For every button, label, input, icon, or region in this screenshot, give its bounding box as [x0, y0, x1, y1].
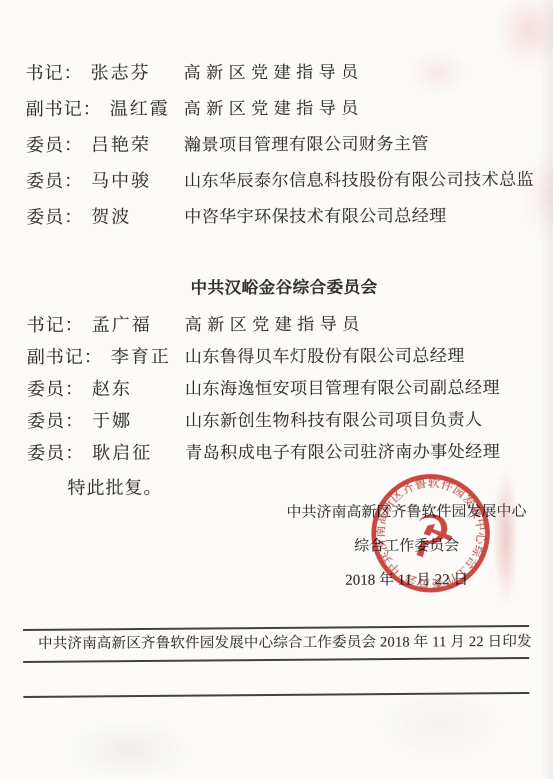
- imprint-line: 中共济南高新区齐鲁软件园发展中心综合工作委员会 2018 年 11 月 22 日…: [38, 632, 538, 654]
- member-name: 张志芬: [91, 63, 151, 83]
- role-label: 副书记：: [27, 347, 103, 367]
- member-name: 贺波: [91, 207, 131, 227]
- member-name: 赵东: [92, 379, 132, 399]
- member-name: 温红霞: [110, 98, 170, 118]
- member-name: 耿启征: [92, 443, 152, 463]
- closing-phrase: 特此批复。: [67, 477, 162, 498]
- member-post: 瀚景项目管理有限公司财务主管: [184, 133, 429, 155]
- role-label: 委员：: [26, 171, 83, 191]
- role-label: 委员：: [26, 207, 83, 227]
- role-label: 委员：: [27, 443, 84, 463]
- member-name: 于娜: [92, 411, 132, 431]
- member-name: 李育正: [111, 346, 171, 366]
- footer-rule-bottom: [23, 692, 529, 698]
- committee-row: 书记：孟广福 高新区党建指导员: [27, 313, 553, 336]
- role-label: 委员：: [27, 379, 84, 399]
- member-name: 马中骏: [91, 171, 151, 191]
- committee-row: 委员：耿启征 青岛积成电子有限公司驻济南办事处经理: [27, 441, 553, 464]
- member-post: 高新区党建指导员: [185, 314, 365, 336]
- hammer-sickle-icon: ☭: [399, 498, 463, 572]
- member-post: 山东鲁得贝车灯股份有限公司总经理: [185, 345, 465, 367]
- official-seal: 中共济南高新区齐鲁软件园发展中心综合工作委员会 ☭: [362, 465, 499, 602]
- role-label: 书记：: [26, 63, 83, 83]
- member-name: 孟广福: [92, 315, 152, 335]
- member-post: 山东华辰泰尔信息科技股份有限公司技术总监: [184, 169, 534, 192]
- committee-list-2: 书记：孟广福 高新区党建指导员 副书记：李育正 山东鲁得贝车灯股份有限公司总经理…: [0, 313, 553, 475]
- section-heading: 中共汉峪金谷综合委员会: [8, 276, 553, 300]
- member-post: 高新区党建指导员: [184, 62, 364, 84]
- member-post: 青岛积成电子有限公司驻济南办事处经理: [185, 441, 500, 463]
- committee-row: 委员：马中骏 山东华辰泰尔信息科技股份有限公司技术总监: [26, 169, 552, 192]
- role-label: 委员：: [26, 135, 83, 155]
- committee-row: 委员：赵东 山东海逸恒安项目管理有限公司副总经理: [27, 377, 553, 400]
- member-post: 山东海逸恒安项目管理有限公司副总经理: [185, 377, 500, 399]
- committee-row: 委员：于娜 山东新创生物科技有限公司项目负责人: [27, 409, 553, 432]
- committee-row: 副书记：温红霞 高新区党建指导员: [26, 97, 552, 120]
- committee-row: 委员：吕艳荣 瀚景项目管理有限公司财务主管: [26, 133, 552, 156]
- committee-list-1: 书记：张志芬 高新区党建指导员 副书记：温红霞 高新区党建指导员 委员：吕艳荣 …: [0, 61, 552, 243]
- footer-rule-top: [23, 625, 529, 631]
- scanned-document-page: 书记：张志芬 高新区党建指导员 副书记：温红霞 高新区党建指导员 委员：吕艳荣 …: [0, 0, 553, 779]
- committee-row: 委员：贺波 中咨华宇环保技术有限公司总经理: [26, 205, 552, 228]
- committee-row: 副书记：李育正 山东鲁得贝车灯股份有限公司总经理: [27, 345, 553, 368]
- member-post: 高新区党建指导员: [184, 98, 364, 120]
- member-name: 吕艳荣: [91, 135, 151, 155]
- role-label: 书记：: [27, 315, 84, 335]
- role-label: 委员：: [27, 411, 84, 431]
- committee-row: 书记：张志芬 高新区党建指导员: [26, 61, 552, 84]
- member-post: 山东新创生物科技有限公司项目负责人: [185, 409, 483, 431]
- footer-rule-middle: [23, 657, 529, 663]
- role-label: 副书记：: [26, 99, 102, 119]
- member-post: 中咨华宇环保技术有限公司总经理: [184, 205, 447, 227]
